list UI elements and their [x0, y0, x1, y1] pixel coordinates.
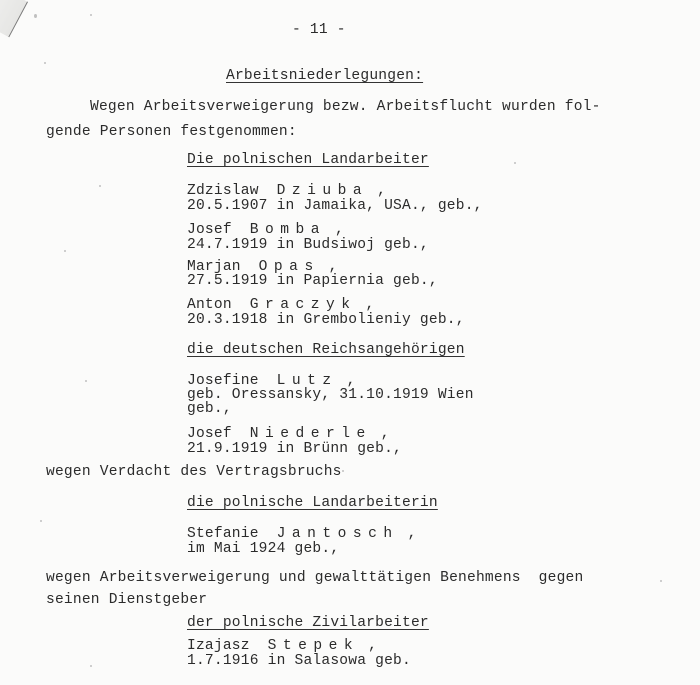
group-title-polish-civilian-worker: der polnische Zivilarbeiter [187, 615, 429, 631]
reason-text: seinen Dienstgeber [46, 592, 207, 608]
ink-speck [90, 14, 92, 16]
first-name: Josef [187, 426, 232, 442]
first-name: Zdzislaw [187, 183, 259, 199]
page-number: - 11 - [292, 22, 346, 38]
ink-speck [99, 185, 101, 187]
first-name: Izajasz [187, 638, 250, 654]
person-name: Stefanie Jantosch , [187, 526, 417, 542]
person-detail: 20.3.1918 in Grembolieniy geb., [187, 312, 465, 328]
document-page: - 11 - Arbeitsniederlegungen: Wegen Arbe… [0, 0, 700, 685]
person-detail: 24.7.1919 in Budsiwoj geb., [187, 237, 429, 253]
person-detail: 1.7.1916 in Salasowa geb. [187, 653, 411, 669]
page-corner-fold [0, 0, 28, 37]
first-name: Anton [187, 297, 232, 313]
reason-text: wegen Arbeitsverweigerung und gewalttäti… [46, 570, 583, 586]
ink-speck [85, 380, 87, 382]
person-detail: geb., [187, 401, 232, 417]
first-name: Josef [187, 222, 232, 238]
ink-speck [64, 250, 66, 252]
ink-speck [514, 162, 516, 164]
person-detail: im Mai 1924 geb., [187, 541, 339, 557]
ink-speck [40, 520, 42, 522]
person-name: Josef Niederle , [187, 426, 390, 442]
person-name: Zdzislaw Dziuba , [187, 183, 386, 199]
first-name: Stefanie [187, 526, 259, 542]
group-title-polish-farmworker-female: die polnische Landarbeiterin [187, 495, 438, 511]
intro-line-2: gende Personen festgenommen: [46, 124, 297, 140]
group-title-polish-farmworkers: Die polnischen Landarbeiter [187, 152, 429, 168]
group-title-german-nationals: die deutschen Reichsangehörigen [187, 342, 465, 358]
person-name: Josef Bomba , [187, 222, 344, 238]
person-name: Izajasz Stepek , [187, 638, 377, 654]
ink-speck [660, 580, 662, 582]
last-name: Stepek [268, 638, 360, 654]
section-heading: Arbeitsniederlegungen: [226, 68, 423, 84]
ink-speck [90, 665, 92, 667]
reason-text: wegen Verdacht des Vertragsbruchs [46, 464, 342, 480]
person-detail: 21.9.1919 in Brünn geb., [187, 441, 402, 457]
ink-speck [34, 14, 37, 18]
last-name: Dziuba [277, 183, 369, 199]
ink-speck [342, 470, 344, 472]
last-name: Niederle [250, 426, 372, 442]
intro-line-1: Wegen Arbeitsverweigerung bezw. Arbeitsf… [90, 99, 601, 115]
last-name: Jantosch [277, 526, 399, 542]
person-name: Anton Graczyk , [187, 297, 374, 313]
person-detail: 27.5.1919 in Papiernia geb., [187, 273, 438, 289]
ink-speck [44, 62, 46, 64]
last-name: Graczyk [250, 297, 357, 313]
last-name: Bomba [250, 222, 326, 238]
person-detail: 20.5.1907 in Jamaika, USA., geb., [187, 198, 483, 214]
